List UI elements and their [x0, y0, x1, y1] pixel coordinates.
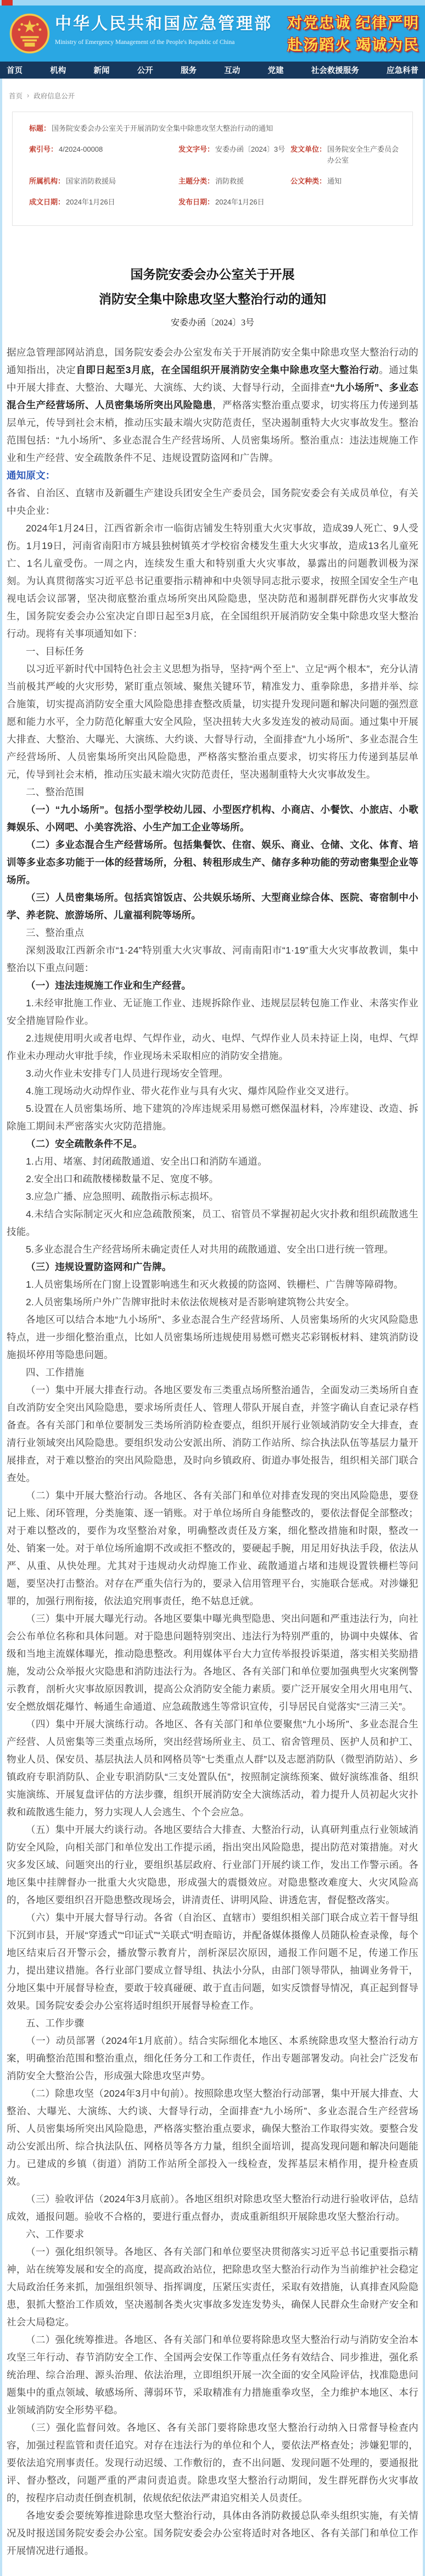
meta-row: 成文日期：2024年1月26日发布日期：2024年1月26日 — [29, 197, 402, 208]
document-body: 据应急管理部网站消息，国务院安委会办公室发布关于开展消防安全集中除患攻坚大整治行… — [7, 344, 418, 2560]
body-paragraph-21: 3.应急广播、应急照明、疏散指示标志损坏。 — [7, 1188, 418, 1205]
meta-field: 公文种类：通知 — [290, 176, 402, 187]
meta-field: 所属机构：国家消防救援局 — [29, 176, 178, 187]
nav-item-4[interactable]: 服务 — [181, 64, 197, 76]
top-strip-accent — [2, 0, 13, 5]
paragraph-text: （一）动员部署（2024年1月底前）。结合实际细化本地区、本系统除患攻坚大整治行… — [7, 2035, 418, 2081]
meta-value: 4/2024-00008 — [58, 144, 103, 155]
body-paragraph-20: 2.安全出口和疏散楼梯数量不足、宽度不够。 — [7, 1170, 418, 1188]
meta-label: 发文单位： — [290, 144, 326, 155]
site-title: 中华人民共和国应急管理部 — [55, 13, 272, 35]
paragraph-text: （三）验收评估（2024年3月底前）。各地区组织对除患攻坚大整治行动进行验收评估… — [7, 2193, 418, 2222]
body-paragraph-5: 以习近平新时代中国特色社会主义思想为指导，坚持“两个至上”、立足“两个根本”，充… — [7, 660, 418, 783]
paragraph-text: （二）强化统筹推进。各地区、各有关部门和单位要将除患攻坚大整治行动与消防安全治本… — [7, 2334, 418, 2416]
paragraph-text: （三）人员密集场所。包括宾馆饭店、公共娱乐场所、大型商业综合体、医院、寄宿制中小… — [7, 892, 418, 921]
paragraph-text: 二、整治范围 — [26, 786, 84, 797]
body-paragraph-22: 4.未结合实际制定灭火和应急疏散预案，员工、宿管员不掌握初起火灾扑救和组织疏散逃… — [7, 1205, 418, 1240]
body-paragraph-42: （三）强化监督问效。各地区、各有关部门要将除患攻坚大整治行动纳入日常督导检查内容… — [7, 2419, 418, 2507]
body-paragraph-36: （一）动员部署（2024年1月底前）。结合实际细化本地区、本系统除患攻坚大整治行… — [7, 2032, 418, 2085]
meta-label: 发文字号： — [178, 144, 214, 155]
paragraph-text: 4.未结合实际制定灭火和应急疏散预案，员工、宿管员不掌握初起火灾扑救和组织疏散逃… — [7, 1209, 418, 1237]
body-paragraph-17: 5.设置在人员密集场所、地下建筑的冷库违规采用易燃可燃保温材料，冷库建设、改造、… — [7, 1100, 418, 1135]
meta-value: 消防救援 — [214, 176, 244, 187]
nav-item-8[interactable]: 应急科普 — [387, 64, 418, 76]
body-paragraph-35: 五、工作步骤 — [7, 2014, 418, 2032]
paragraph-text: 5.设置在人员密集场所、地下建筑的冷库违规采用易燃可燃保温材料，冷库建设、改造、… — [7, 1103, 418, 1132]
body-paragraph-18: （二）安全疏散条件不足。 — [7, 1135, 418, 1153]
paragraph-text: （三）强化监督问效。各地区、各有关部门要将除患攻坚大整治行动纳入日常督导检查内容… — [7, 2422, 418, 2503]
slogan-line-1: 对党忠诚 纪律严明 — [287, 12, 420, 34]
body-paragraph-2: 各省、自治区、直辖市及新疆生产建设兵团安全生产委员会，国务院安委会有关成员单位，… — [7, 484, 418, 519]
breadcrumb-item-0[interactable]: 首页 — [9, 91, 23, 101]
nav-item-3[interactable]: 公开 — [137, 64, 153, 76]
meta-label: 标题： — [29, 123, 51, 134]
paragraph-text: （六）集中开展大督导行动。各省（自治区、直辖市）要组织相关部门联合成立若干督导组… — [7, 1912, 418, 2011]
meta-field: 发文字号：安委办函〔2024〕3号 — [178, 144, 290, 166]
nav-item-0[interactable]: 首页 — [7, 64, 23, 76]
paragraph-text: （二）安全疏散条件不足。 — [26, 1138, 142, 1149]
paragraph-text: 3.动火作业未安排专门人员进行现场安全管理。 — [26, 1068, 228, 1079]
article: 国务院安委会办公室关于开展 消防安全集中除患攻坚大整治行动的通知 安委办函〔20… — [4, 226, 421, 2560]
meta-label: 成文日期： — [29, 197, 65, 208]
meta-field: 发文单位：国务院安全生产委员会办公室 — [290, 144, 402, 166]
body-paragraph-24: （三）违规设置防盗网和广告牌。 — [7, 1258, 418, 1276]
body-paragraph-0: 据应急管理部网站消息，国务院安委会办公室发布关于开展消防安全集中除患攻坚大整治行… — [7, 344, 418, 467]
breadcrumb-separator: › — [27, 92, 29, 99]
breadcrumb-item-1[interactable]: 政府信息公开 — [33, 91, 75, 101]
meta-label: 主题分类： — [178, 176, 214, 187]
slogan-line-2: 赴汤蹈火 竭诚为民 — [287, 34, 420, 56]
paragraph-text: 三、整治重点 — [26, 927, 84, 938]
document-title-line2: 消防安全集中除患攻坚大整治行动的通知 — [7, 287, 418, 312]
body-paragraph-15: 3.动火作业未安排专门人员进行现场安全管理。 — [7, 1065, 418, 1082]
paragraph-text: （一）“九小场所”。包括小型学校幼儿园、小型医疗机构、小商店、小餐饮、小旅店、小… — [7, 804, 418, 833]
paragraph-text: （二）除患攻坚（2024年3月中旬前）。按照除患攻坚大整治行动部署，集中开展大排… — [7, 2088, 418, 2187]
body-paragraph-27: 各地区可以结合本地“九小场所”、多业态混合生产经营场所、人员密集场所的火灾风险隐… — [7, 1311, 418, 1364]
notice-original-label: 通知原文： — [7, 470, 55, 481]
meta-value: 国务院安全生产委员会办公室 — [326, 144, 402, 166]
national-emblem-icon — [9, 13, 51, 54]
main-nav: 首页机构新闻公开服务互动党建社会救援服务应急科普 — [0, 62, 425, 79]
meta-value: 安委办函〔2024〕3号 — [214, 144, 285, 155]
document-title-line1: 国务院安委会办公室关于开展 — [7, 262, 418, 287]
body-paragraph-40: （一）强化组织领导。各地区、各有关部门和单位要坚决贯彻落实习近平总书记重要指示精… — [7, 2243, 418, 2331]
meta-field: 主题分类：消防救援 — [178, 176, 290, 187]
paragraph-text: （一）集中开展大排查行动。各地区要发布三类重点场所整治通告，全面发动三类场所自查… — [7, 1384, 418, 1483]
paragraph-text: 自即日起至3月底，在全国组织开展消防安全集中除患攻坚大整治行动 — [76, 364, 379, 375]
meta-row: 索引号：4/2024-00008发文字号：安委办函〔2024〕3号发文单位：国务… — [29, 144, 402, 166]
paragraph-text: 各地安委会要统筹推进除患攻坚大整治行动，具体由各消防救援总队牵头组织实施，有关情… — [7, 2510, 418, 2556]
site-brand: 中华人民共和国应急管理部 Ministry of Emergency Manag… — [55, 13, 272, 49]
paragraph-text: 2024年1月24日，江西省新余市一临街店铺发生特别重大火灾事故，造成39人死亡… — [7, 523, 418, 639]
meta-label: 索引号： — [29, 144, 58, 155]
meta-label: 所属机构： — [29, 176, 65, 187]
site-subtitle: Ministry of Emergency Management of the … — [55, 35, 272, 49]
body-paragraph-7: （一）“九小场所”。包括小型学校幼儿园、小型医疗机构、小商店、小餐饮、小旅店、小… — [7, 801, 418, 836]
body-paragraph-19: 1.占用、堵塞、封闭疏散通道、安全出口和消防车通道。 — [7, 1153, 418, 1170]
site-header: 中华人民共和国应急管理部 Ministry of Emergency Manag… — [0, 5, 425, 62]
meta-field: 索引号：4/2024-00008 — [29, 144, 178, 166]
body-paragraph-32: （四）集中开展大演练行动。各地区、各有关部门和单位要聚焦“九小场所”、多业态混合… — [7, 1715, 418, 1821]
body-paragraph-8: （二）多业态混合生产经营场所。包括集餐饮、住宿、娱乐、商业、仓储、文化、体育、培… — [7, 836, 418, 889]
paragraph-text: （三）违规设置防盗网和广告牌。 — [26, 1261, 172, 1272]
meta-value: 国务院安委会办公室关于开展消防安全集中除患攻坚大整治行动的通知 — [51, 123, 273, 134]
meta-value: 国家消防救援局 — [65, 176, 116, 187]
body-paragraph-14: 2.违规使用明火或者电焊、气焊作业，动火、电焊、气焊作业人员未持证上岗，电焊、气… — [7, 1029, 418, 1065]
header-slogan: 对党忠诚 纪律严明 赴汤蹈火 竭诚为民 — [287, 12, 420, 56]
paragraph-text: （五）集中开展大约谈行动。各地区要结合大排查、大整治行动，认真研判重点行业领域消… — [7, 1824, 418, 1905]
meta-field: 成文日期：2024年1月26日 — [29, 197, 178, 208]
body-paragraph-39: 六、工作要求 — [7, 2225, 418, 2243]
paragraph-text: （一）强化组织领导。各地区、各有关部门和单位要坚决贯彻落实习近平总书记重要指示精… — [7, 2246, 418, 2328]
body-paragraph-6: 二、整治范围 — [7, 783, 418, 801]
body-paragraph-13: 1.未经审批施工作业、无证施工作业、违规拆除作业、违规层层转包施工作业、未落实作… — [7, 994, 418, 1029]
paragraph-text: （二）集中开展大整治行动。各地区、各有关部门和单位对排查发现的突出风险隐患，要登… — [7, 1490, 418, 1606]
body-paragraph-37: （二）除患攻坚（2024年3月中旬前）。按照除患攻坚大整治行动部署，集中开展大排… — [7, 2085, 418, 2190]
body-paragraph-28: 四、工作措施 — [7, 1364, 418, 1381]
nav-item-1[interactable]: 机构 — [50, 64, 66, 76]
paragraph-text: 各地区可以结合本地“九小场所”、多业态混合生产经营场所、人员密集场所的火灾风险隐… — [7, 1314, 418, 1360]
content-sheet: 首页›政府信息公开 标题：国务院安委会办公室关于开展消防安全集中除患攻坚大整治行… — [2, 79, 423, 2576]
meta-row: 所属机构：国家消防救援局主题分类：消防救援公文种类：通知 — [29, 176, 402, 187]
body-paragraph-34: （六）集中开展大督导行动。各省（自治区、直辖市）要组织相关部门联合成立若干督导组… — [7, 1909, 418, 2014]
meta-label: 发布日期： — [178, 197, 214, 208]
paragraph-text: 2.违规使用明火或者电焊、气焊作业，动火、电焊、气焊作业人员未持证上岗，电焊、气… — [7, 1033, 418, 1061]
document-title: 国务院安委会办公室关于开展 消防安全集中除患攻坚大整治行动的通知 — [7, 262, 418, 312]
paragraph-text: 一、目标任务 — [26, 646, 84, 657]
body-paragraph-9: （三）人员密集场所。包括宾馆饭店、公共娱乐场所、大型商业综合体、医院、寄宿制中小… — [7, 889, 418, 924]
meta-row: 标题：国务院安委会办公室关于开展消防安全集中除患攻坚大整治行动的通知 — [29, 123, 402, 134]
body-paragraph-11: 深刻汲取江西新余市“1·24”特别重大火灾事故、河南南阳市“1·19”重大火灾事… — [7, 941, 418, 977]
paragraph-text: （三）集中开展大曝光行动。各地区要集中曝光典型隐患、突出问题和严重违法行为，向社… — [7, 1613, 418, 1712]
meta-field: 标题：国务院安委会办公室关于开展消防安全集中除患攻坚大整治行动的通知 — [29, 123, 402, 134]
paragraph-text: （四）集中开展大演练行动。各地区、各有关部门和单位要聚焦“九小场所”、多业态混合… — [7, 1719, 418, 1818]
paragraph-text: 2.安全出口和疏散楼梯数量不足、宽度不够。 — [26, 1173, 219, 1184]
paragraph-text: 六、工作要求 — [26, 2229, 84, 2240]
body-paragraph-33: （五）集中开展大约谈行动。各地区要结合大排查、大整治行动，认真研判重点行业领域消… — [7, 1821, 418, 1909]
paragraph-text: 以习近平新时代中国特色社会主义思想为指导，坚持“两个至上”、立足“两个根本”，充… — [7, 663, 418, 780]
paragraph-text: 五、工作步骤 — [26, 2018, 84, 2029]
nav-item-5[interactable]: 互动 — [224, 64, 240, 76]
body-paragraph-43: 各地安委会要统筹推进除患攻坚大整治行动，具体由各消防救援总队牵头组织实施，有关情… — [7, 2507, 418, 2560]
top-strip — [0, 0, 425, 5]
paragraph-text: 2.人员密集场所户外广告牌审批时未依法依规核对是否影响建筑物公共安全。 — [26, 1297, 355, 1308]
meta-value: 2024年1月26日 — [65, 197, 115, 208]
paragraph-text: 各省、自治区、直辖市及新疆生产建设兵团安全生产委员会，国务院安委会有关成员单位，… — [7, 487, 418, 516]
body-paragraph-29: （一）集中开展大排查行动。各地区要发布三类重点场所整治通告，全面发动三类场所自查… — [7, 1381, 418, 1487]
body-paragraph-38: （三）验收评估（2024年3月底前）。各地区组织对除患攻坚大整治行动进行验收评估… — [7, 2190, 418, 2225]
nav-item-6[interactable]: 党建 — [268, 64, 284, 76]
paragraph-text: 1.占用、堵塞、封闭疏散通道、安全出口和消防车通道。 — [26, 1156, 267, 1167]
paragraph-text: 1.未经审批施工作业、无证施工作业、违规拆除作业、违规层层转包施工作业、未落实作… — [7, 998, 418, 1026]
paragraph-text: （一）违法违规施工作业和生产经营。 — [26, 980, 191, 991]
paragraph-text: 5.多业态混合生产经营场所未确定责任人对共用的疏散通道、安全出口进行统一管理。 — [26, 1244, 394, 1255]
paragraph-text: 四、工作措施 — [26, 1367, 84, 1378]
paragraph-text: 3.应急广播、应急照明、疏散指示标志损坏。 — [26, 1191, 219, 1202]
body-paragraph-4: 一、目标任务 — [7, 642, 418, 660]
nav-item-2[interactable]: 新闻 — [94, 64, 110, 76]
body-paragraph-12: （一）违法违规施工作业和生产经营。 — [7, 977, 418, 994]
document-number: 安委办函〔2024〕3号 — [7, 312, 418, 335]
meta-field: 发布日期：2024年1月26日 — [178, 197, 290, 208]
document-meta-box: 标题：国务院安委会办公室关于开展消防安全集中除患攻坚大整治行动的通知索引号：4/… — [12, 112, 413, 226]
body-paragraph-3: 2024年1月24日，江西省新余市一临街店铺发生特别重大火灾事故，造成39人死亡… — [7, 519, 418, 642]
body-paragraph-10: 三、整治重点 — [7, 924, 418, 941]
paragraph-text: （二）多业态混合生产经营场所。包括集餐饮、住宿、娱乐、商业、仓储、文化、体育、培… — [7, 839, 418, 885]
body-paragraph-41: （二）强化统筹推进。各地区、各有关部门和单位要将除患攻坚大整治行动与消防安全治本… — [7, 2331, 418, 2419]
nav-item-7[interactable]: 社会救援服务 — [311, 64, 359, 76]
body-paragraph-23: 5.多业态混合生产经营场所未确定责任人对共用的疏散通道、安全出口进行统一管理。 — [7, 1240, 418, 1258]
body-paragraph-31: （三）集中开展大曝光行动。各地区要集中曝光典型隐患、突出问题和严重违法行为，向社… — [7, 1610, 418, 1715]
meta-value: 2024年1月26日 — [214, 197, 265, 208]
paragraph-text: 1.人员密集场所在门窗上设置影响逃生和灭火救援的防盗网、铁栅栏、广告牌等障碍物。 — [26, 1279, 404, 1290]
meta-label: 公文种类： — [290, 176, 326, 187]
paragraph-text: 4.施工现场动火动焊作业、带火花作业与具有火灾、爆炸风险作业交叉进行。 — [26, 1085, 355, 1096]
body-paragraph-25: 1.人员密集场所在门窗上设置影响逃生和灭火救援的防盗网、铁栅栏、广告牌等障碍物。 — [7, 1276, 418, 1293]
body-paragraph-30: （二）集中开展大整治行动。各地区、各有关部门和单位对排查发现的突出风险隐患，要登… — [7, 1487, 418, 1610]
breadcrumb: 首页›政府信息公开 — [4, 79, 421, 108]
body-paragraph-16: 4.施工现场动火动焊作业、带火花作业与具有火灾、爆炸风险作业交叉进行。 — [7, 1082, 418, 1100]
body-paragraph-26: 2.人员密集场所户外广告牌审批时未依法依规核对是否影响建筑物公共安全。 — [7, 1293, 418, 1311]
paragraph-text: 深刻汲取江西新余市“1·24”特别重大火灾事故、河南南阳市“1·19”重大火灾事… — [7, 945, 418, 973]
body-paragraph-1: 通知原文： — [7, 467, 418, 484]
meta-value: 通知 — [326, 176, 342, 187]
